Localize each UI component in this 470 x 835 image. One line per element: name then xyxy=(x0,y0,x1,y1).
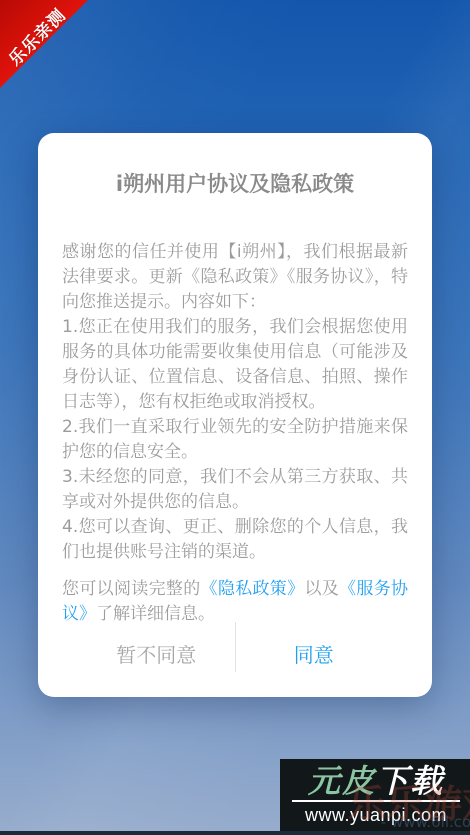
watermark-url: www.yuanpi.com xyxy=(290,804,462,826)
footer-note-suffix: 了解详细信息。 xyxy=(96,604,215,624)
app-background: 乐乐亲测 i朔州用户协议及隐私政策 感谢您的信任并使用【i朔州】，我们根据最新法… xyxy=(0,0,470,835)
agree-button[interactable]: 同意 xyxy=(236,633,393,673)
dialog-item-1: 1.您正在使用我们的服务，我们会根据您使用服务的具体功能需要收集使用信息（可能涉… xyxy=(62,315,408,415)
dialog-item-4: 4.您可以查询、更正、删除您的个人信息，我们也提供账号注销的渠道。 xyxy=(62,515,408,565)
dialog-footer-note: 您可以阅读完整的《隐私政策》以及《服务协议》了解详细信息。 xyxy=(62,577,408,627)
watermark-rule xyxy=(292,800,460,802)
footer-note-prefix: 您可以阅读完整的 xyxy=(62,579,201,599)
dialog-body: 感谢您的信任并使用【i朔州】，我们根据最新法律要求。更新《隐私政策》《服务协议》… xyxy=(38,240,432,638)
watermark-name-green: 元皮 xyxy=(308,762,376,800)
dialog-item-2: 2.我们一直采取行业领先的安全防护措施来保护您的信息安全。 xyxy=(62,415,408,465)
watermark-name-white: 下载 xyxy=(376,762,444,800)
footer-note-middle: 以及 xyxy=(304,579,339,599)
dialog-button-row: 暂不同意 同意 xyxy=(78,633,392,673)
watermark-site-name: 元皮下载 xyxy=(290,763,462,799)
privacy-policy-link[interactable]: 《隐私政策》 xyxy=(201,579,305,599)
bottom-bar xyxy=(0,831,470,835)
watermark: 元皮下载 www.yuanpi.com 乐乐游戏 - www.6ll.com - xyxy=(280,759,470,831)
dialog-title: i朔州用户协议及隐私政策 xyxy=(38,133,432,199)
privacy-policy-dialog: i朔州用户协议及隐私政策 感谢您的信任并使用【i朔州】，我们根据最新法律要求。更… xyxy=(38,133,432,697)
dialog-item-3: 3.未经您的同意，我们不会从第三方获取、共享或对外提供您的信息。 xyxy=(62,465,408,515)
disagree-button[interactable]: 暂不同意 xyxy=(78,633,235,673)
dialog-intro-paragraph: 感谢您的信任并使用【i朔州】，我们根据最新法律要求。更新《隐私政策》《服务协议》… xyxy=(62,240,408,315)
